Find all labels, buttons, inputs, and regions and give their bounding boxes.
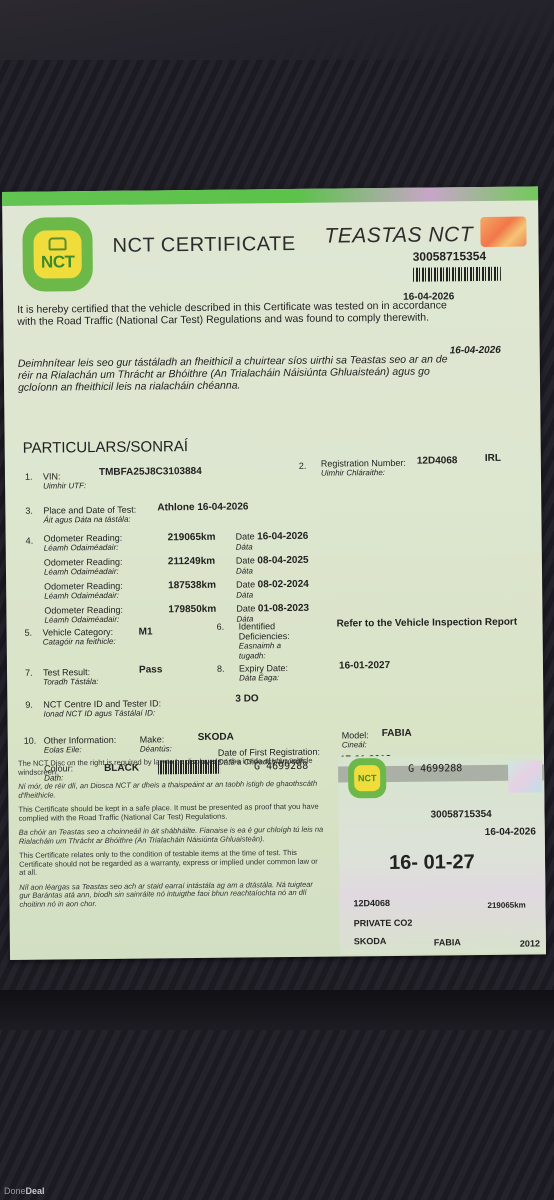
odometer-reading: 211249km (168, 556, 215, 567)
disc-class: PRIVATE CO2 (354, 918, 413, 929)
legal-note: Ba chóir an Teastas seo a choinneáil in … (19, 826, 324, 846)
certificate-title-ga: TEASTAS NCT (324, 223, 473, 249)
statement-en: It is hereby certified that the vehicle … (17, 299, 447, 328)
result-label: Test Result:Toradh Tástála: (43, 667, 99, 688)
nct-disc: NCT G 4699288 30058715354 16-04-2026 16-… (338, 754, 546, 954)
disc-code-2: G 4699288 (408, 763, 462, 775)
statement-ga: Deimhnítear leis seo gur tástáladh an fh… (18, 353, 458, 394)
expiry-value: 16-01-2027 (339, 660, 390, 672)
category-value: M1 (139, 626, 153, 637)
odometer-date: Date 08-02-2024Dáta (236, 579, 309, 601)
legal-notes: The NCT Disc on the right is required by… (18, 757, 325, 915)
disc-serial: 30058715354 (430, 809, 491, 821)
place-date-label: Place and Date of Test:Áit agus Dáta na … (43, 505, 136, 526)
disc-issue-date: 16-04-2026 (485, 826, 536, 838)
model-label: Model:Cineál: (342, 730, 369, 750)
car-seat-seam (0, 990, 554, 1030)
disc-model: FABIA (434, 937, 461, 947)
other-info-label: Other Information:Eolas Eile: (44, 735, 117, 756)
odometer-label: Odometer Reading:Léamh Odaiméadair: (44, 533, 123, 554)
certificate-title-en: NCT CERTIFICATE (112, 233, 295, 258)
odometer-reading: 187538km (168, 580, 216, 592)
car-seat-background (0, 0, 554, 60)
vin-label: VIN:Uimhir UTF: (43, 471, 86, 491)
disc-hologram-icon (508, 760, 542, 792)
disc-make: SKODA (354, 936, 387, 946)
disc-registration: 12D4068 (353, 898, 390, 908)
registration-label: Registration Number:Uimhir Chláraithe: (321, 458, 406, 479)
nct-disc-logo: NCT (348, 758, 386, 798)
nct-certificate: NCT NCT CERTIFICATE TEASTAS NCT 30058715… (2, 186, 546, 960)
disc-expiry: 16- 01-27 (389, 851, 475, 875)
barcode (413, 267, 501, 282)
vin-value: TMBFA25J8C3103884 (99, 466, 202, 478)
deficiencies-label: Identified Deficiencies:Easnaimh a tugad… (239, 621, 309, 662)
hologram-icon (480, 217, 526, 247)
registration-value: 12D4068 (417, 455, 458, 466)
result-value: Pass (139, 664, 162, 675)
disc-odometer: 219065km (487, 901, 525, 910)
make-label: Make:Déantús: (140, 734, 172, 754)
odometer-label: Odometer Reading:Léamh Odaiméadair: (44, 557, 123, 578)
model-value: FABIA (382, 728, 412, 739)
category-label: Vehicle Category:Catagóir na feithicle: (43, 627, 116, 648)
donedeal-watermark: DoneDeal (4, 1186, 45, 1196)
certificate-green-bar (2, 186, 538, 206)
legal-note: Ní mór, de réir dlí, an Diosca NCT ar dh… (18, 780, 323, 800)
legal-note: This Certificate relates only to the con… (19, 849, 324, 878)
odometer-label: Odometer Reading:Léamh Odaiméadair: (44, 581, 123, 602)
serial-number: 30058715354 (413, 249, 487, 264)
odometer-reading: 219065km (168, 532, 216, 544)
odometer-date: Date 16-04-2026Dáta (236, 531, 309, 553)
centre-label: NCT Centre ID and Tester ID:Ionad NCT ID… (43, 698, 161, 719)
car-icon (48, 237, 66, 250)
expiry-label: Expiry Date:Dáta Éaga: (239, 663, 288, 684)
deficiencies-value: Refer to the Vehicle Inspection Report (336, 617, 517, 630)
make-value: SKODA (198, 732, 234, 743)
centre-value: 3 DO (235, 693, 258, 704)
odometer-date: Date 08-04-2025Dáta (236, 555, 309, 577)
odometer-reading: 179850km (168, 604, 216, 616)
section-title: PARTICULARS/SONRAÍ (23, 438, 188, 457)
legal-note: Níl aon léargas sa Teastas seo ach ar st… (19, 880, 324, 909)
disc-year: 2012 (520, 938, 540, 948)
legal-note: The NCT Disc on the right is required by… (18, 757, 323, 777)
place-date-value: Athlone 16-04-2026 (157, 501, 248, 513)
nct-logo: NCT (22, 217, 93, 292)
country-code: IRL (485, 453, 501, 464)
legal-note: This Certificate should be kept in a saf… (18, 803, 323, 823)
odometer-label: Odometer Reading:Léamh Odaiméadair: (44, 605, 123, 626)
